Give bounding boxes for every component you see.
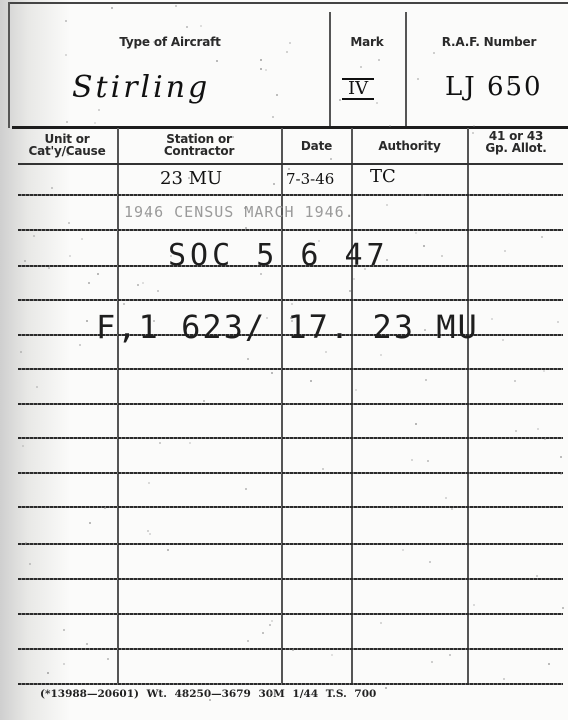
- mark-value: IV: [342, 78, 374, 100]
- grid-row-line: [18, 543, 563, 545]
- raf-number-value: LJ 650: [445, 72, 543, 102]
- column-header-authority: Authority: [352, 140, 467, 152]
- print-reference-footer: (*13988—20601) Wt. 48250—3679 30M 1/44 T…: [40, 688, 376, 700]
- mark-label: Mark: [335, 36, 399, 48]
- header-divider-raf: [405, 12, 407, 128]
- entry-station-23mu: 23 MU: [160, 168, 222, 189]
- column-header-station-line2: Contractor: [164, 144, 234, 158]
- type-of-aircraft-label: Type of Aircraft: [100, 36, 240, 48]
- grid-row-line: [18, 578, 563, 580]
- column-header-date: Date: [282, 140, 351, 152]
- grid-row-line: [18, 163, 563, 165]
- grid-row-line: [18, 506, 563, 508]
- header-separator: [12, 126, 568, 129]
- grid-row-line: [18, 229, 563, 231]
- aircraft-type-value: Stirling: [72, 70, 210, 105]
- header-divider-mark: [329, 12, 331, 128]
- card-left-border: [8, 2, 10, 128]
- column-header-group-allot: 41 or 43 Gp. Allot.: [468, 130, 564, 154]
- page-edge-shadow: [0, 0, 70, 720]
- census-stamp: 1946 CENSUS MARCH 1946.: [124, 203, 355, 221]
- grid-row-line: [18, 683, 563, 685]
- grid-column-line: [117, 128, 119, 683]
- column-header-station: Station or Contractor: [118, 133, 280, 157]
- soc-stamp: SOC 5 6 47: [168, 238, 389, 273]
- grid-row-line: [18, 648, 563, 650]
- grid-row-line: [18, 403, 563, 405]
- raf-number-label: R.A.F. Number: [410, 36, 568, 48]
- grid-row-line: [18, 299, 563, 301]
- column-header-group-line2: Gp. Allot.: [485, 141, 546, 155]
- column-header-unit: Unit or Cat'y/Cause: [18, 133, 116, 157]
- grid-column-line: [467, 128, 469, 683]
- grid-row-line: [18, 472, 563, 474]
- grid-row-line: [18, 368, 563, 370]
- grid-row-line: [18, 613, 563, 615]
- entry-date-7-3-46: 7-3-46: [286, 170, 334, 188]
- form-reference-stamp: F,1 623/ 17. 23 MU: [96, 308, 479, 346]
- entry-authority-tc: TC: [370, 166, 396, 187]
- grid-row-line: [18, 194, 563, 196]
- grid-row-line: [18, 437, 563, 439]
- card-top-border: [8, 2, 568, 4]
